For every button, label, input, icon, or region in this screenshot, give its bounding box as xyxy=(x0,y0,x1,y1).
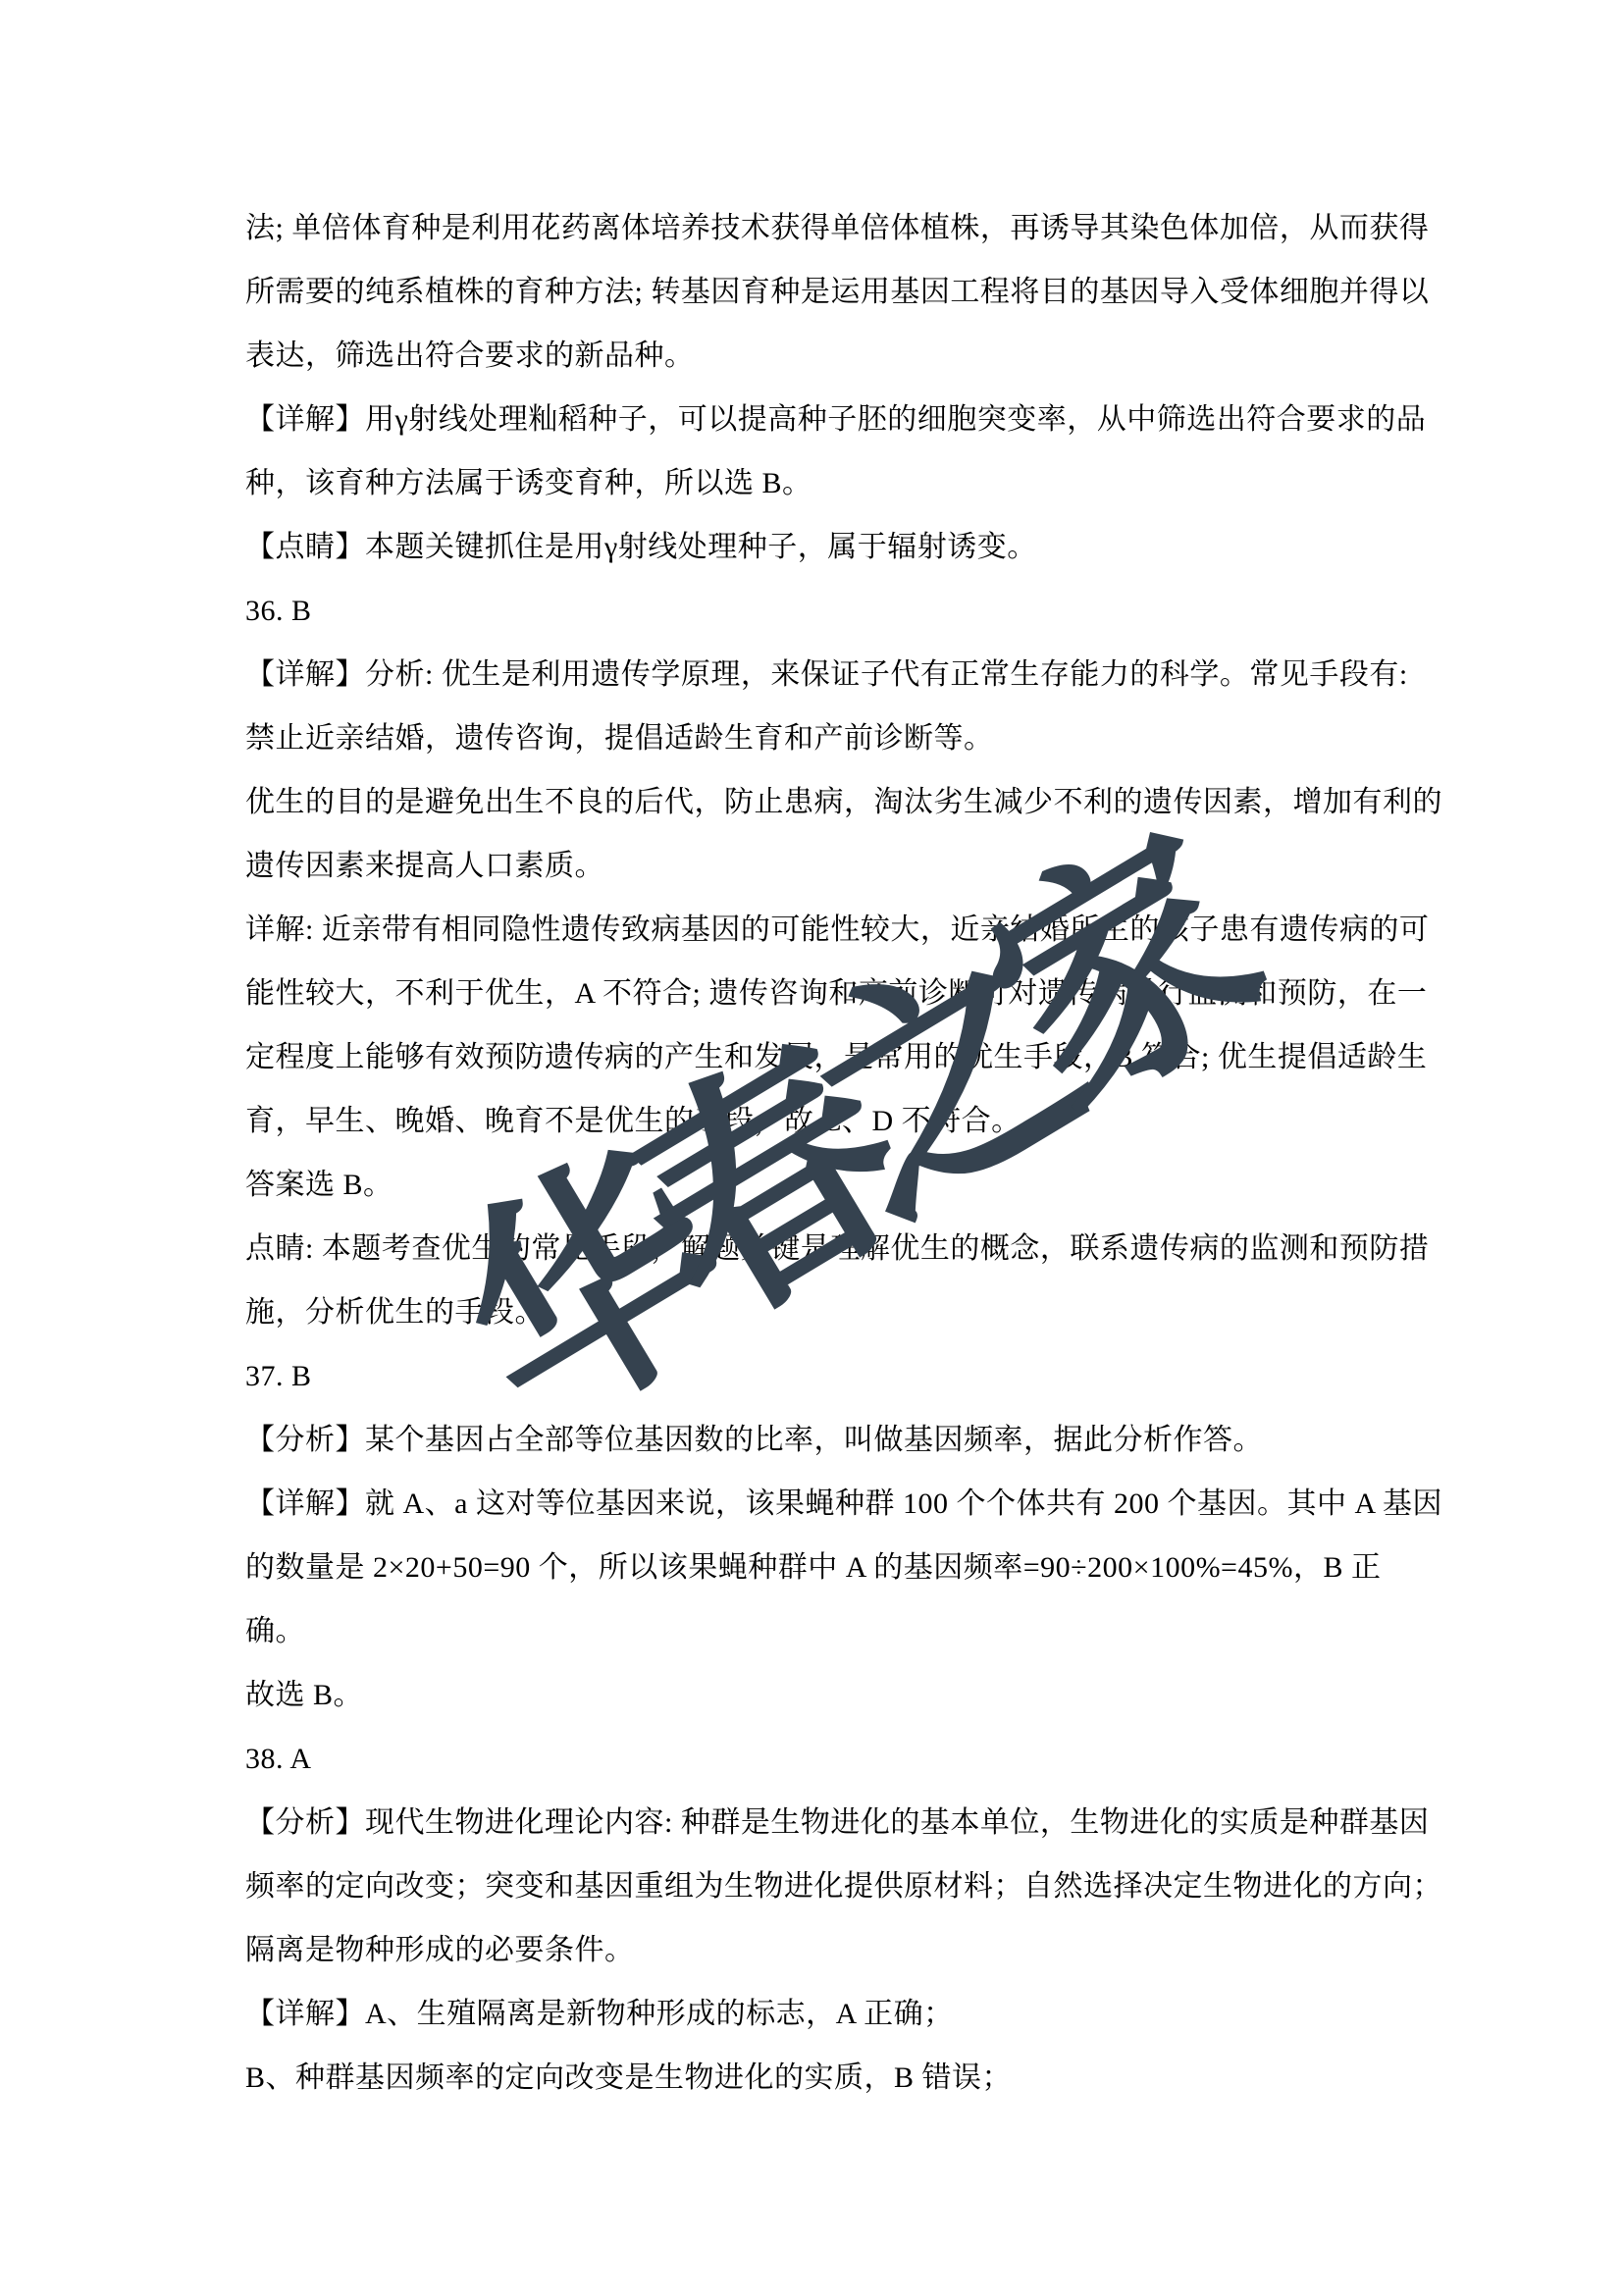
text-line: 定程度上能够有效预防遗传病的产生和发展，是常用的优生手段，B 符合; 优生提倡适… xyxy=(245,1025,1384,1089)
text-line: 确。 xyxy=(245,1599,1384,1663)
text-line: 【点睛】本题关键抓住是用γ射线处理种子，属于辐射诱变。 xyxy=(245,515,1384,579)
text-line: 38. A xyxy=(245,1727,1384,1791)
text-line: 优生的目的是避免出生不良的后代，防止患病，淘汰劣生减少不利的遗传因素，增加有利的 xyxy=(245,770,1384,834)
text-line: 频率的定向改变；突变和基因重组为生物进化提供原材料；自然选择决定生物进化的方向； xyxy=(245,1854,1384,1918)
text-line: 法; 单倍体育种是利用花药离体培养技术获得单倍体植株，再诱导其染色体加倍，从而获… xyxy=(245,196,1384,260)
text-line: 施，分析优生的手段。 xyxy=(245,1280,1384,1344)
text-line: 禁止近亲结婚，遗传咨询，提倡适龄生育和产前诊断等。 xyxy=(245,706,1384,770)
text-line: 的数量是 2×20+50=90 个，所以该果蝇种群中 A 的基因频率=90÷20… xyxy=(245,1536,1384,1599)
text-line: 【分析】现代生物进化理论内容: 种群是生物进化的基本单位，生物进化的实质是种群基… xyxy=(245,1791,1384,1854)
text-line: 能性较大，不利于优生，A 不符合; 遗传咨询和产前诊断可对遗传病进行监测和预防，… xyxy=(245,962,1384,1025)
text-line: 【详解】就 A、a 这对等位基因来说，该果蝇种群 100 个个体共有 200 个… xyxy=(245,1472,1384,1536)
text-line: 育，早生、晚婚、晚育不是优生的手段，故 C、D 不符合。 xyxy=(245,1089,1384,1153)
text-line: 表达，筛选出符合要求的新品种。 xyxy=(245,324,1384,388)
text-line: 【分析】某个基因占全部等位基因数的比率，叫做基因频率，据此分析作答。 xyxy=(245,1408,1384,1472)
document-text-block: 法; 单倍体育种是利用花药离体培养技术获得单倍体植株，再诱导其染色体加倍，从而获… xyxy=(245,196,1384,2110)
text-line: 【详解】分析: 优生是利用遗传学原理，来保证子代有正常生存能力的科学。常见手段有… xyxy=(245,643,1384,706)
text-line: 故选 B。 xyxy=(245,1663,1384,1727)
text-line: 遗传因素来提高人口素质。 xyxy=(245,834,1384,898)
text-line: 36. B xyxy=(245,579,1384,643)
text-line: 答案选 B。 xyxy=(245,1153,1384,1217)
text-line: 详解: 近亲带有相同隐性遗传致病基因的可能性较大，近亲结婚所生的孩子患有遗传病的… xyxy=(245,898,1384,962)
text-line: 隔离是物种形成的必要条件。 xyxy=(245,1918,1384,1982)
text-line: 种，该育种方法属于诱变育种，所以选 B。 xyxy=(245,451,1384,515)
text-line: 37. B xyxy=(245,1344,1384,1408)
text-line: B、种群基因频率的定向改变是生物进化的实质，B 错误； xyxy=(245,2046,1384,2110)
text-line: 点睛: 本题考查优生的常见手段，解题关键是理解优生的概念，联系遗传病的监测和预防… xyxy=(245,1217,1384,1280)
document-page: 法; 单倍体育种是利用花药离体培养技术获得单倍体植株，再诱导其染色体加倍，从而获… xyxy=(0,0,1623,2296)
text-line: 所需要的纯系植株的育种方法; 转基因育种是运用基因工程将目的基因导入受体细胞并得… xyxy=(245,260,1384,324)
text-line: 【详解】A、生殖隔离是新物种形成的标志，A 正确； xyxy=(245,1982,1384,2046)
text-line: 【详解】用γ射线处理籼稻种子，可以提高种子胚的细胞突变率，从中筛选出符合要求的品 xyxy=(245,388,1384,451)
